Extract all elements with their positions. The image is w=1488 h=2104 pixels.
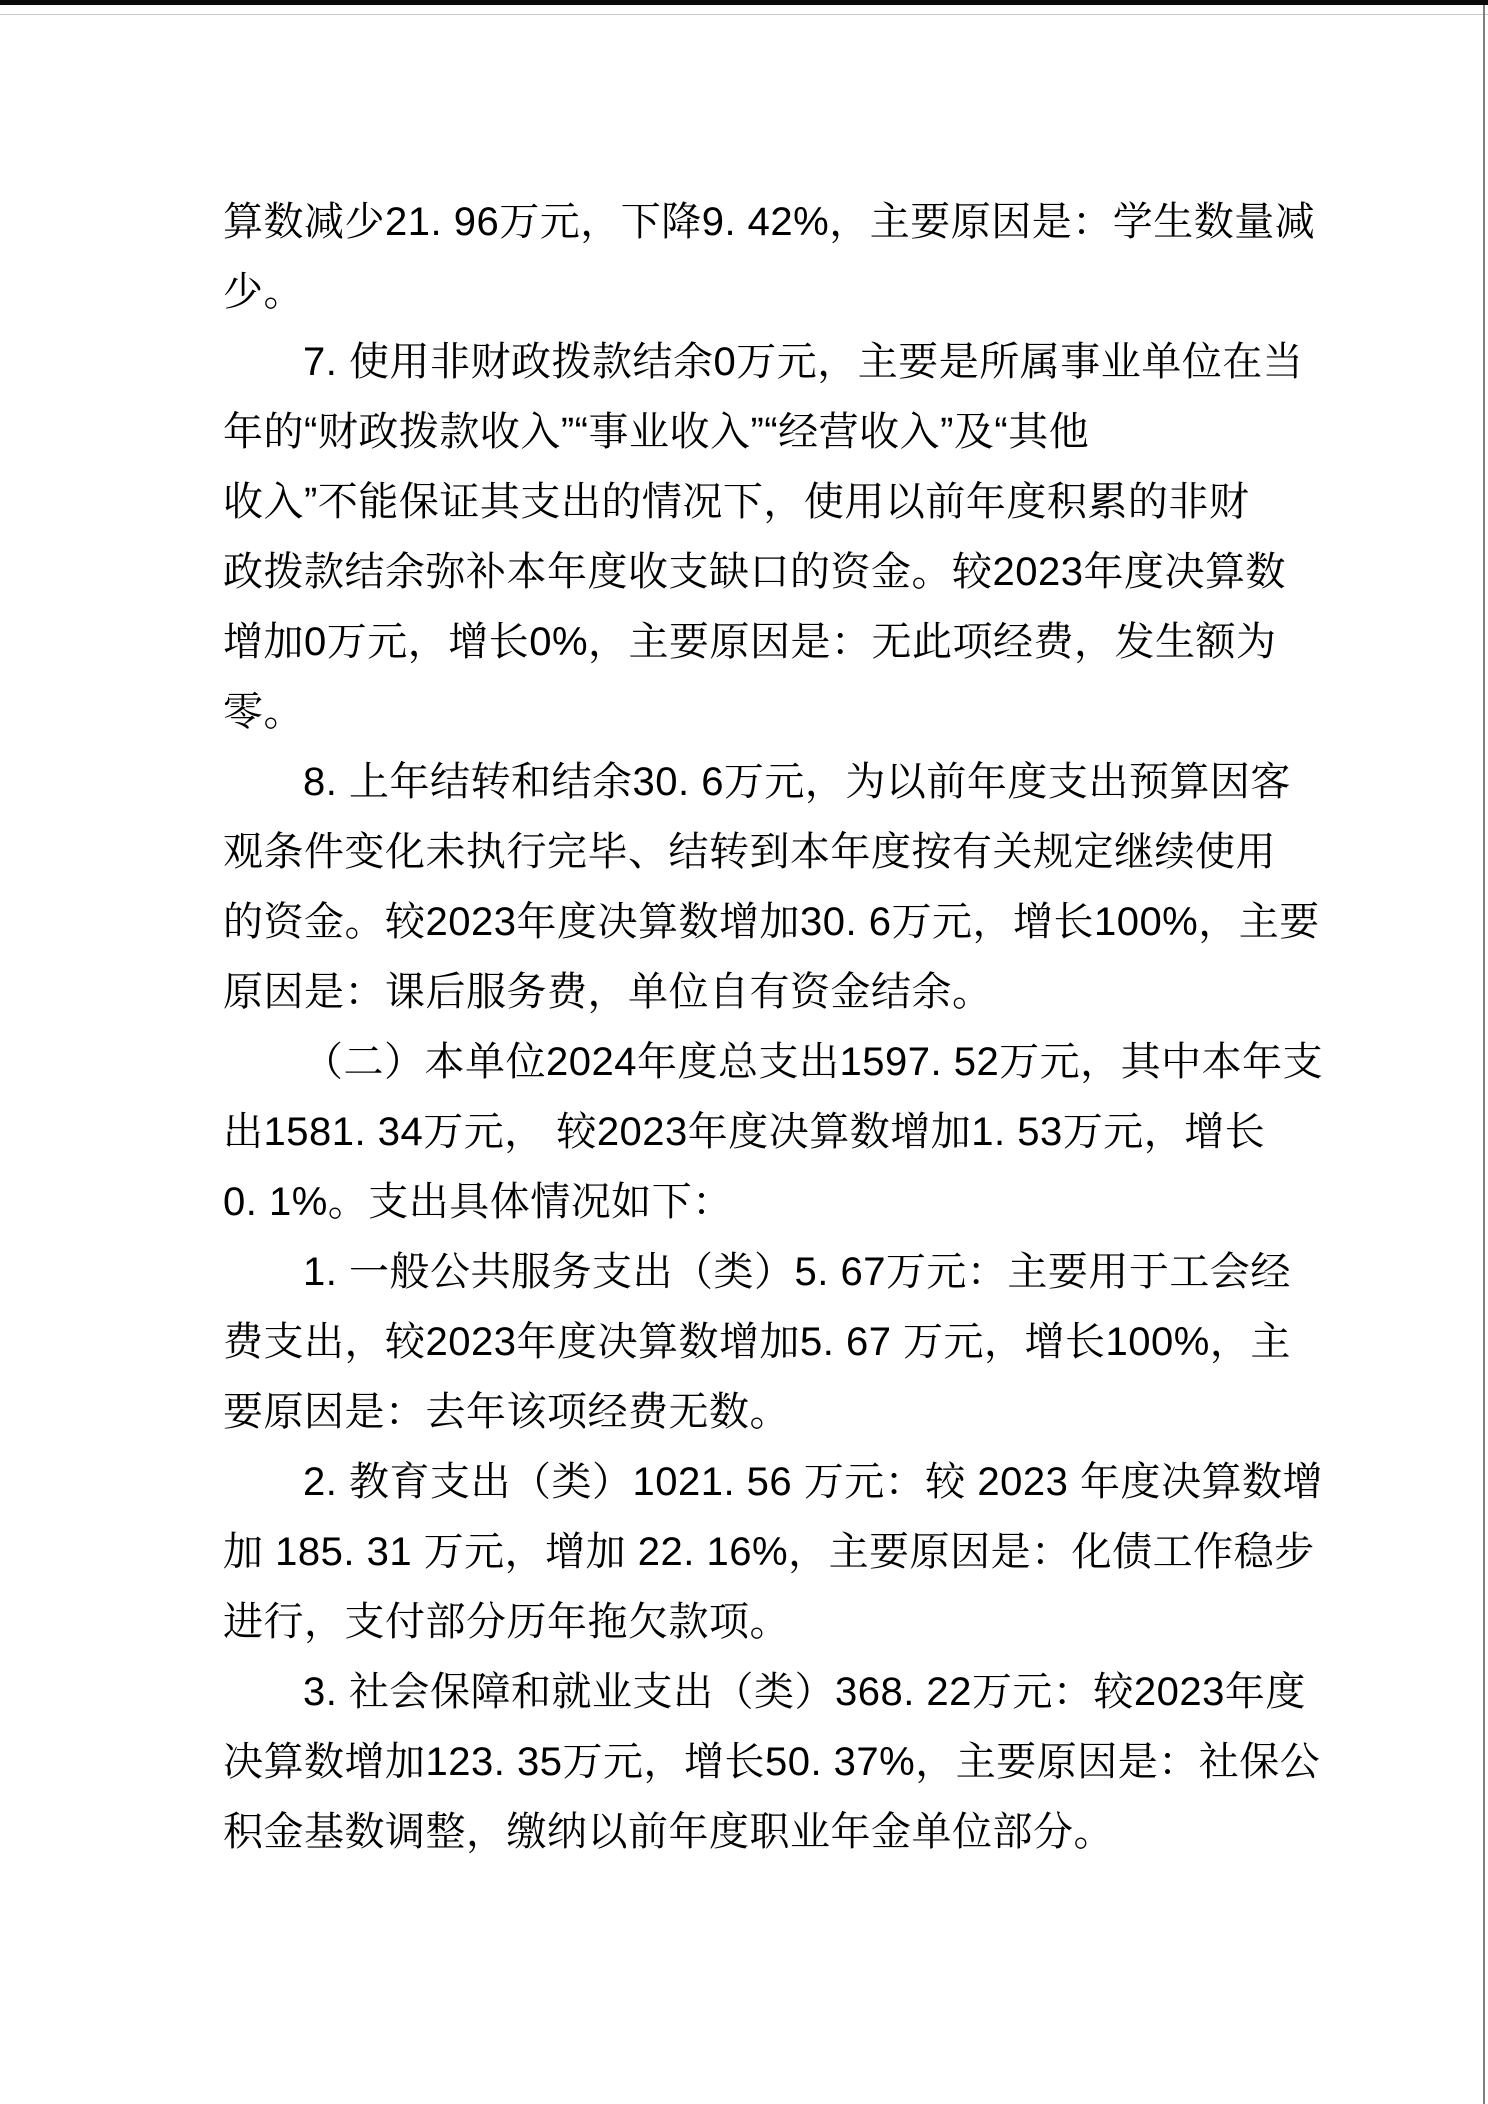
text-line: 2. 教育支出（类）1021. 56 万元：较 2023 年度决算数增 xyxy=(223,1447,1267,1517)
text-line: 少。 xyxy=(223,257,1267,327)
text-line: 增加0万元，增长0%，主要原因是：无此项经费，发生额为 xyxy=(223,607,1267,677)
text-line: 7. 使用非财政拨款结余0万元，主要是所属事业单位在当 xyxy=(223,327,1267,397)
text-line: 进行，支付部分历年拖欠款项。 xyxy=(223,1587,1267,1657)
text-line: 要原因是：去年该项经费无数。 xyxy=(223,1377,1267,1447)
text-line: 3. 社会保障和就业支出（类）368. 22万元：较2023年度 xyxy=(223,1657,1267,1727)
window-top-edge xyxy=(0,0,1488,5)
text-line: 1. 一般公共服务支出（类）5. 67万元：主要用于工会经 xyxy=(223,1237,1267,1307)
page-top-separator xyxy=(0,14,1488,15)
text-line: 8. 上年结转和结余30. 6万元，为以前年度支出预算因客 xyxy=(223,747,1267,817)
text-line: 年的“财政拨款收入”“事业收入”“经营收入”及“其他 xyxy=(223,397,1267,467)
text-line: 零。 xyxy=(223,677,1267,747)
text-line: 出1581. 34万元， 较2023年度决算数增加1. 53万元，增长 xyxy=(223,1097,1267,1167)
page-right-edge-line xyxy=(1483,5,1485,2104)
text-line: 算数减少21. 96万元，下降9. 42%，主要原因是：学生数量减 xyxy=(223,187,1267,257)
document-text-block: 算数减少21. 96万元，下降9. 42%，主要原因是：学生数量减少。7. 使用… xyxy=(223,187,1267,1867)
text-line: 积金基数调整，缴纳以前年度职业年金单位部分。 xyxy=(223,1797,1267,1867)
text-line: 政拨款结余弥补本年度收支缺口的资金。较2023年度决算数 xyxy=(223,537,1267,607)
text-line: 的资金。较2023年度决算数增加30. 6万元，增长100%，主要 xyxy=(223,887,1267,957)
text-line: 原因是：课后服务费，单位自有资金结余。 xyxy=(223,957,1267,1027)
text-line: 收入”不能保证其支出的情况下，使用以前年度积累的非财 xyxy=(223,467,1267,537)
text-line: （二）本单位2024年度总支出1597. 52万元，其中本年支 xyxy=(223,1027,1267,1097)
text-line: 0. 1%。支出具体情况如下： xyxy=(223,1167,1267,1237)
document-page: 算数减少21. 96万元，下降9. 42%，主要原因是：学生数量减少。7. 使用… xyxy=(0,0,1488,2104)
text-line: 加 185. 31 万元，增加 22. 16%，主要原因是：化债工作稳步 xyxy=(223,1517,1267,1587)
text-line: 决算数增加123. 35万元，增长50. 37%，主要原因是：社保公 xyxy=(223,1727,1267,1797)
text-line: 观条件变化未执行完毕、结转到本年度按有关规定继续使用 xyxy=(223,817,1267,887)
text-line: 费支出，较2023年度决算数增加5. 67 万元，增长100%，主 xyxy=(223,1307,1267,1377)
